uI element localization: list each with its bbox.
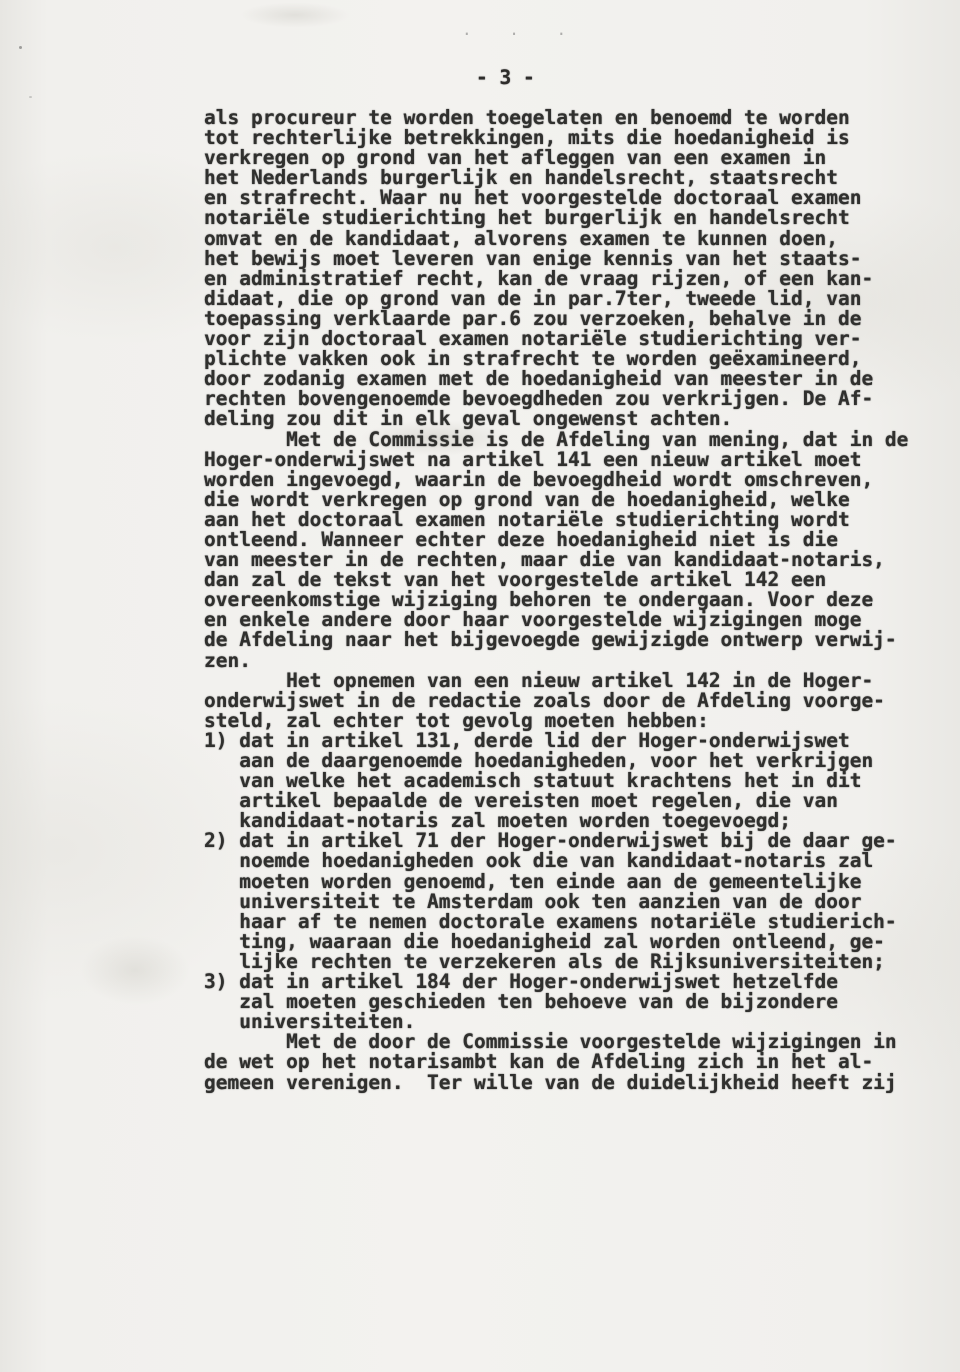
- scan-speck: [29, 96, 32, 98]
- document-body-text: als procureur te worden toegelaten en be…: [204, 108, 908, 1093]
- page-number: - 3 -: [476, 66, 535, 89]
- scanned-document-page: . . . - 3 - als procureur te worden toeg…: [0, 0, 960, 1372]
- scan-smudge: [240, 2, 350, 28]
- scan-dots-artifact: . . .: [462, 20, 580, 39]
- scan-speck: [19, 46, 22, 49]
- scan-smudge: [80, 935, 190, 1005]
